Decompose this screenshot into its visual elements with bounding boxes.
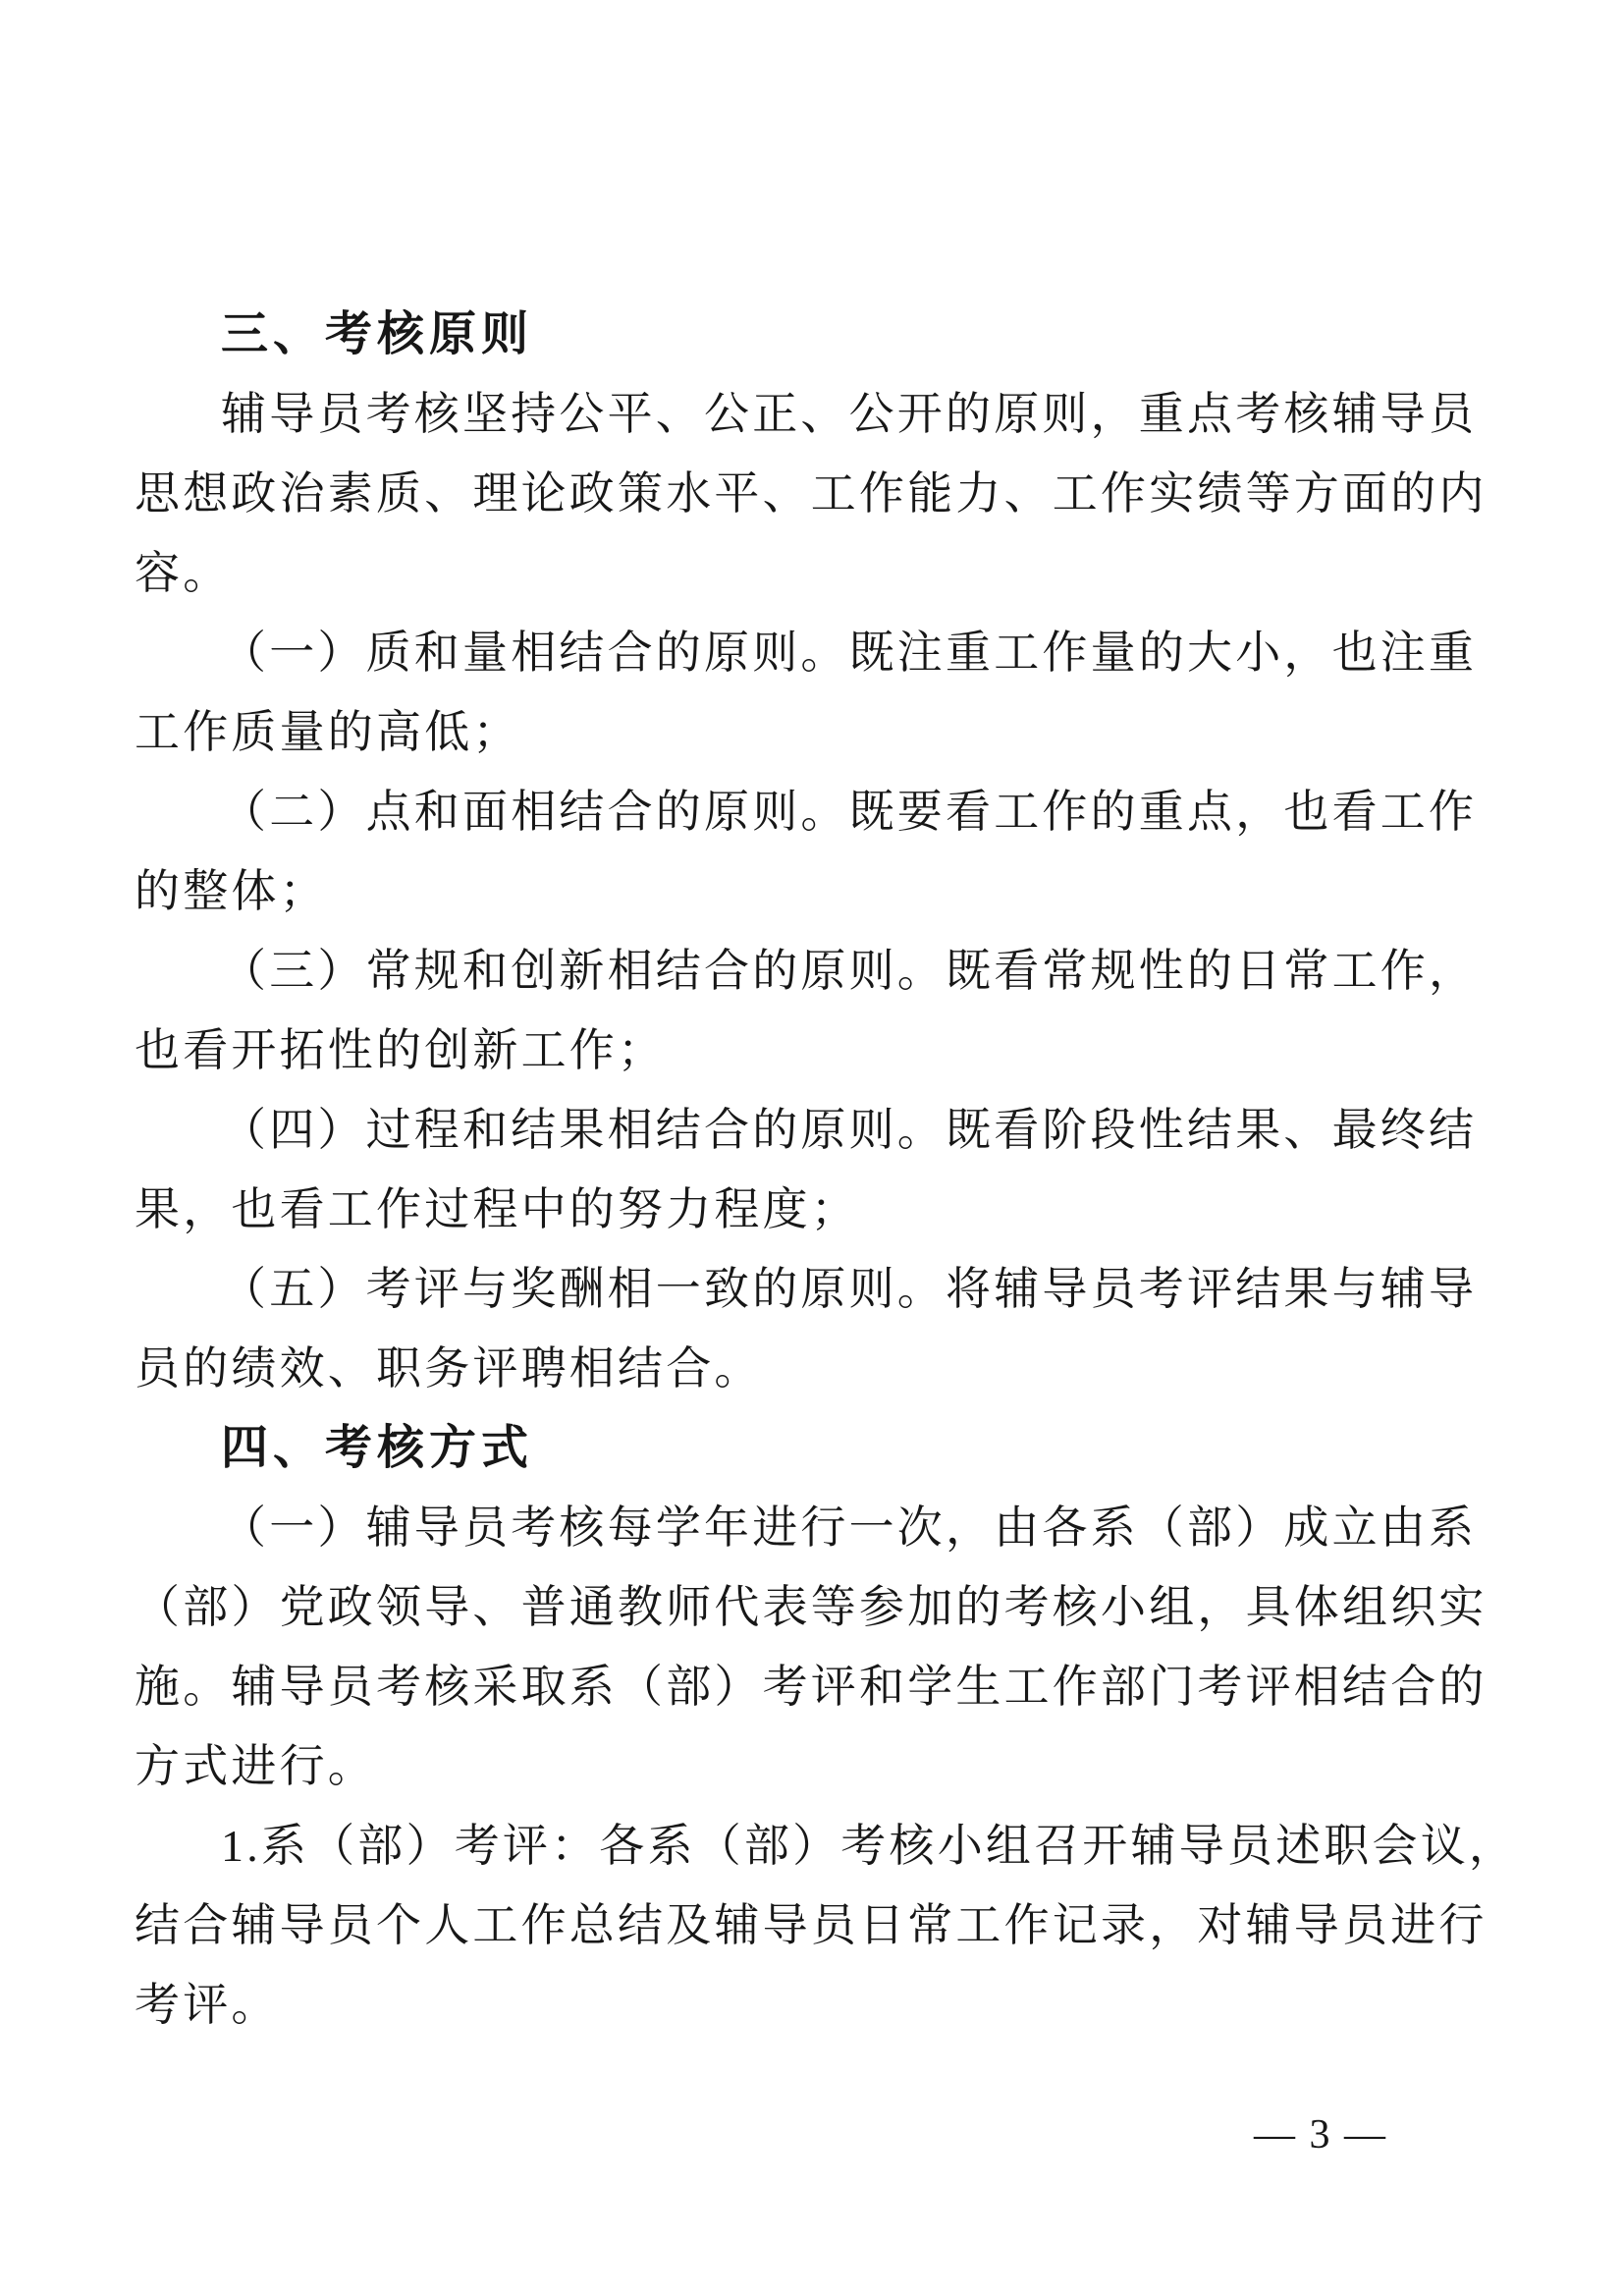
text-line: 思想政治素质、理论政策水平、工作能力、工作实绩等方面的内 [135,454,1491,533]
text-line: 的整体； [135,851,1491,931]
text-line: （三）常规和创新相结合的原则。既看常规性的日常工作， [135,931,1491,1011]
text-line: 容。 [135,533,1491,613]
page-number: — 3 — [1254,2111,1387,2159]
document-page: 三、考核原则 辅导员考核坚持公平、公正、公开的原则，重点考核辅导员 思想政治素质… [0,0,1623,2296]
text-line: 结合辅导员个人工作总结及辅导员日常工作记录，对辅导员进行 [135,1886,1491,1965]
section-heading: 三、考核原则 [135,295,1491,374]
text-line: （一）辅导员考核每学年进行一次，由各系（部）成立由系 [135,1488,1491,1567]
text-line: （二）点和面相结合的原则。既要看工作的重点，也看工作 [135,772,1491,851]
text-line: （四）过程和结果相结合的原则。既看阶段性结果、最终结 [135,1090,1491,1170]
text-line: 考评。 [135,1965,1491,2045]
text-line: 工作质量的高低； [135,692,1491,772]
text-line: 员的绩效、职务评聘相结合。 [135,1329,1491,1408]
text-line: （部）党政领导、普通教师代表等参加的考核小组，具体组织实 [135,1567,1491,1647]
document-body: 三、考核原则 辅导员考核坚持公平、公正、公开的原则，重点考核辅导员 思想政治素质… [135,295,1491,2045]
text-line: 也看开拓性的创新工作； [135,1011,1491,1090]
text-line: （一）质和量相结合的原则。既注重工作量的大小，也注重 [135,613,1491,692]
text-line: 辅导员考核坚持公平、公正、公开的原则，重点考核辅导员 [135,374,1491,454]
section-heading: 四、考核方式 [135,1408,1491,1488]
text-line: 1.系（部）考评：各系（部）考核小组召开辅导员述职会议， [135,1806,1491,1886]
text-line: 方式进行。 [135,1726,1491,1806]
text-line: 果，也看工作过程中的努力程度； [135,1170,1491,1249]
text-line: （五）考评与奖酬相一致的原则。将辅导员考评结果与辅导 [135,1249,1491,1329]
text-line: 施。辅导员考核采取系（部）考评和学生工作部门考评相结合的 [135,1647,1491,1726]
